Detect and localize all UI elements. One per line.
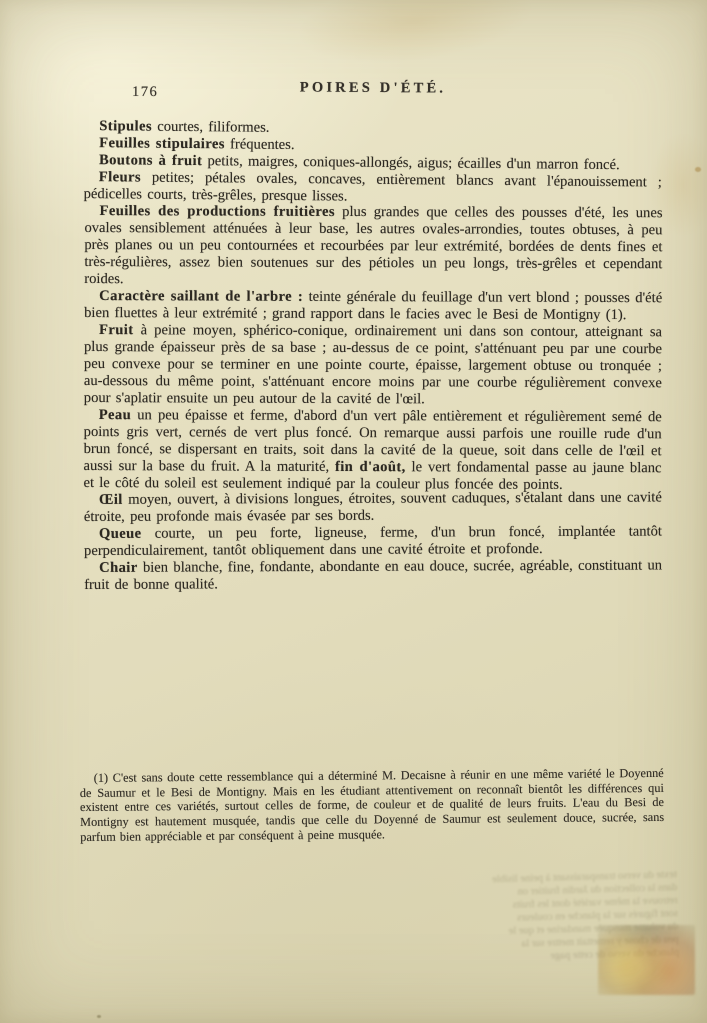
paragraph-lead: Fleurs [99,169,141,185]
bleedthrough-line: retrouve la même variété dont les fruits [398,894,678,915]
paragraph-lead: Boutons à fruit [99,152,202,169]
footnote: (1) C'est sans doute cette ressemblance … [80,766,665,845]
paragraph-text: courtes, filiformes. [152,119,270,136]
paragraph-lead: Queue [99,526,142,542]
paragraph-queue: Queue courte, un peu forte, ligneuse, fe… [84,523,662,560]
paragraph-lead: Peau [99,407,131,423]
book-page-scan: texte du verso transparaissant à peine l… [0,0,707,1023]
paragraph-inline-bold: fin d'août, [335,459,406,475]
running-title: POIRES D'ÉTÉ. [84,78,662,99]
paragraph-text: courte, un peu forte, ligneuse, ferme, d… [84,523,662,559]
bleedthrough-line: du volume musquée mandarine et que le [398,920,678,941]
bleedthrough-text: texte du verso transparaissant à peine l… [397,868,679,967]
paragraph-feuilles-productions: Feuilles des productions fruitières plus… [84,203,662,290]
bleedthrough-line: dans la collection du Jardin fruitier on [397,881,677,902]
bleedthrough-line: texte du verso transparaissant à peine l… [397,868,677,889]
paragraph-oeil: Œil moyen, ouvert, à divisions longues, … [84,489,662,526]
paragraph-text: fréquentes. [225,136,295,153]
paragraph-lead: Stipules [99,118,152,135]
text-section-bottom: Œil moyen, ouvert, à divisions longues, … [84,489,662,594]
text-section-middle: Feuilles des productions fruitières plus… [83,203,662,494]
paragraph-text: petites; pétales ovales, concaves, entiè… [84,170,662,205]
paragraph-lead: Feuilles stipulaires [99,135,225,152]
paragraph-text: bien blanche, fine, fondante, abondante … [84,557,662,593]
text-section-top: Stipules courtes, filiformes. Feuilles s… [84,118,663,209]
bleedthrough-line: planche du verso de cette page [399,946,679,967]
paragraph-chair: Chair bien blanche, fine, fondante, abon… [84,557,662,594]
paragraph-lead: Caractère saillant de l'arbre : [99,288,303,305]
bleedthrough-pear-image [598,925,695,995]
bleedthrough-line: peu de chose y remettait mettre sur la [399,933,679,954]
paragraph-lead: Feuilles des productions fruitières [99,203,334,220]
page-content: Stipules courtes, filiformes. Feuilles s… [84,118,662,594]
paragraph-caractere-saillant: Caractère saillant de l'arbre : teinte g… [84,288,662,324]
paragraph-lead: Fruit [99,322,133,338]
paragraph-text: moyen, ouvert, à divisions longues, étro… [84,489,662,525]
paragraph-peau: Peau un peu épaisse et ferme, d'abord d'… [83,407,661,494]
paragraph-text: à peine moyen, sphérico-conique, ordinai… [84,322,662,407]
paragraph-lead: Œil [99,492,123,508]
paper-speck [695,167,701,172]
paper-speck [97,1015,101,1018]
paragraph-fruit: Fruit à peine moyen, sphérico-conique, o… [84,322,662,409]
bleedthrough-line: sont figurés sur la planche en couleurs [398,907,678,928]
paragraph-lead: Chair [99,560,138,576]
